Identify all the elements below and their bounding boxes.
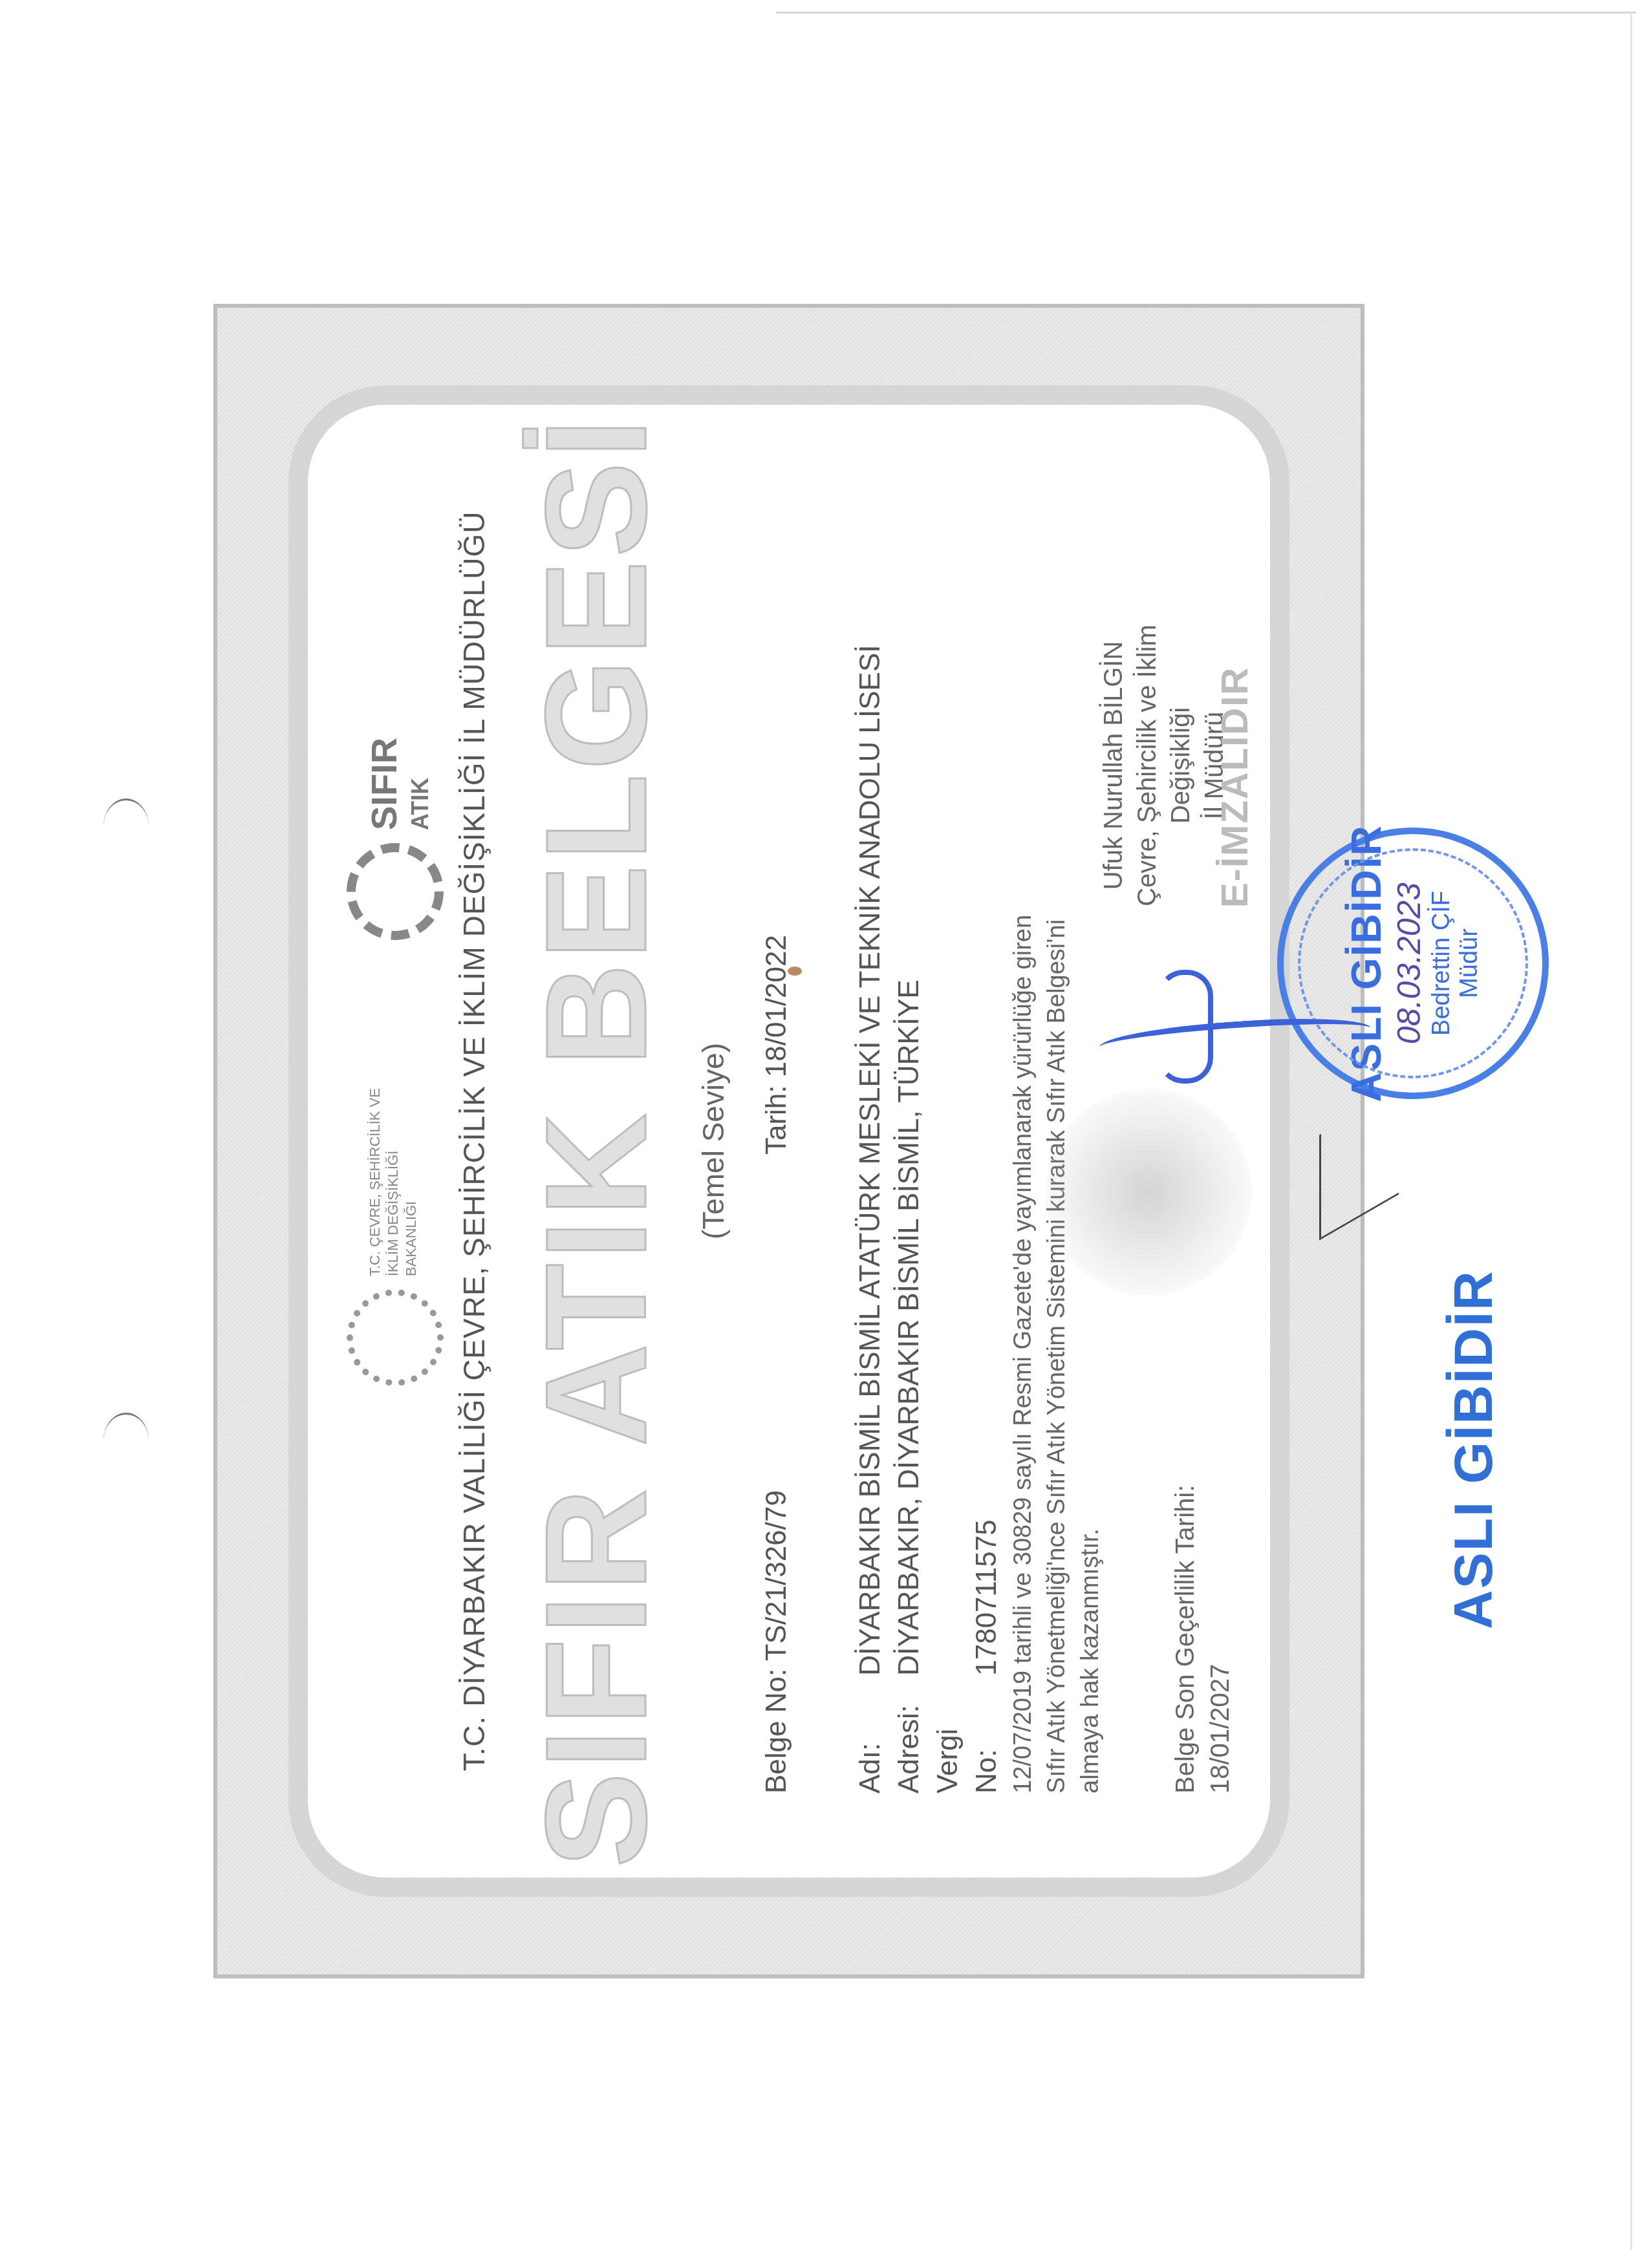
ministry-seal-icon (347, 1289, 444, 1386)
issuer-header: T.C. DİYARBAKIR VALİLİĞİ ÇEVRE, ŞEHİRCİL… (457, 405, 491, 1878)
zero-waste-logo-icon (347, 843, 444, 940)
certificate-title: SIFIR ATIK BELGESİ (515, 405, 678, 1878)
round-official-stamp: ASLI GİBİDİR 08.03.2023 Bedrettin ÇİF Mü… (1277, 828, 1549, 1099)
scan-edge-top (776, 12, 1636, 14)
certified-copy-stamp: ASLI GİBİDİR (1442, 1325, 1500, 1629)
legal-text: 12/07/2019 tarihli ve 30829 sayılı Resmi… (1006, 888, 1107, 1793)
field-name: Adı: DİYARBAKIR BİSMİL BİSMİL ATATÜRK ME… (851, 645, 890, 1793)
document-date: Tarih: 18/01/2022 (760, 935, 793, 1155)
field-address: Adresi: DİYARBAKIR, DİYARBAKIR BİSMİL Bİ… (890, 645, 929, 1793)
signature-loop (1158, 970, 1213, 1084)
punch-hole-icon (103, 798, 149, 826)
certificate-level: (Temel Seviye) (696, 405, 731, 1878)
validity-block: Belge Son Geçerlilik Tarihi: 18/01/2027 (1168, 1485, 1238, 1793)
field-tax-no: Vergi No: 1780711575 (929, 645, 1006, 1793)
e-signed-label: E-İMZALIDIR (1213, 667, 1256, 908)
tree-watermark-icon (1045, 1089, 1252, 1296)
holder-fields: Adı: DİYARBAKIR BİSMİL BİSMİL ATATÜRK ME… (851, 645, 1006, 1793)
logo-row: T.C. ÇEVRE, ŞEHİRCİLİK VE İKLİM DEĞİŞİKL… (334, 405, 463, 1878)
zero-waste-logo-text: SIFIR ATIK (366, 738, 438, 830)
ministry-logo-text: T.C. ÇEVRE, ŞEHİRCİLİK VE İKLİM DEĞİŞİKL… (366, 1082, 420, 1276)
certificate-scan: T.C. ÇEVRE, ŞEHİRCİLİK VE İKLİM DEĞİŞİKL… (213, 304, 1364, 1978)
punch-hole-icon (103, 1413, 149, 1440)
certificate-frame: T.C. ÇEVRE, ŞEHİRCİLİK VE İKLİM DEĞİŞİKL… (213, 304, 1364, 1978)
scan-edge-right (1630, 13, 1632, 2250)
document-number: Belge No: TS/21/326/79 (760, 1490, 793, 1793)
certificate-body: T.C. ÇEVRE, ŞEHİRCİLİK VE İKLİM DEĞİŞİKL… (308, 405, 1270, 1878)
stain-mark (788, 967, 802, 976)
signer-block: Ufuk Nurullah BİLGİN Çevre, Şehircilik v… (1097, 572, 1231, 959)
